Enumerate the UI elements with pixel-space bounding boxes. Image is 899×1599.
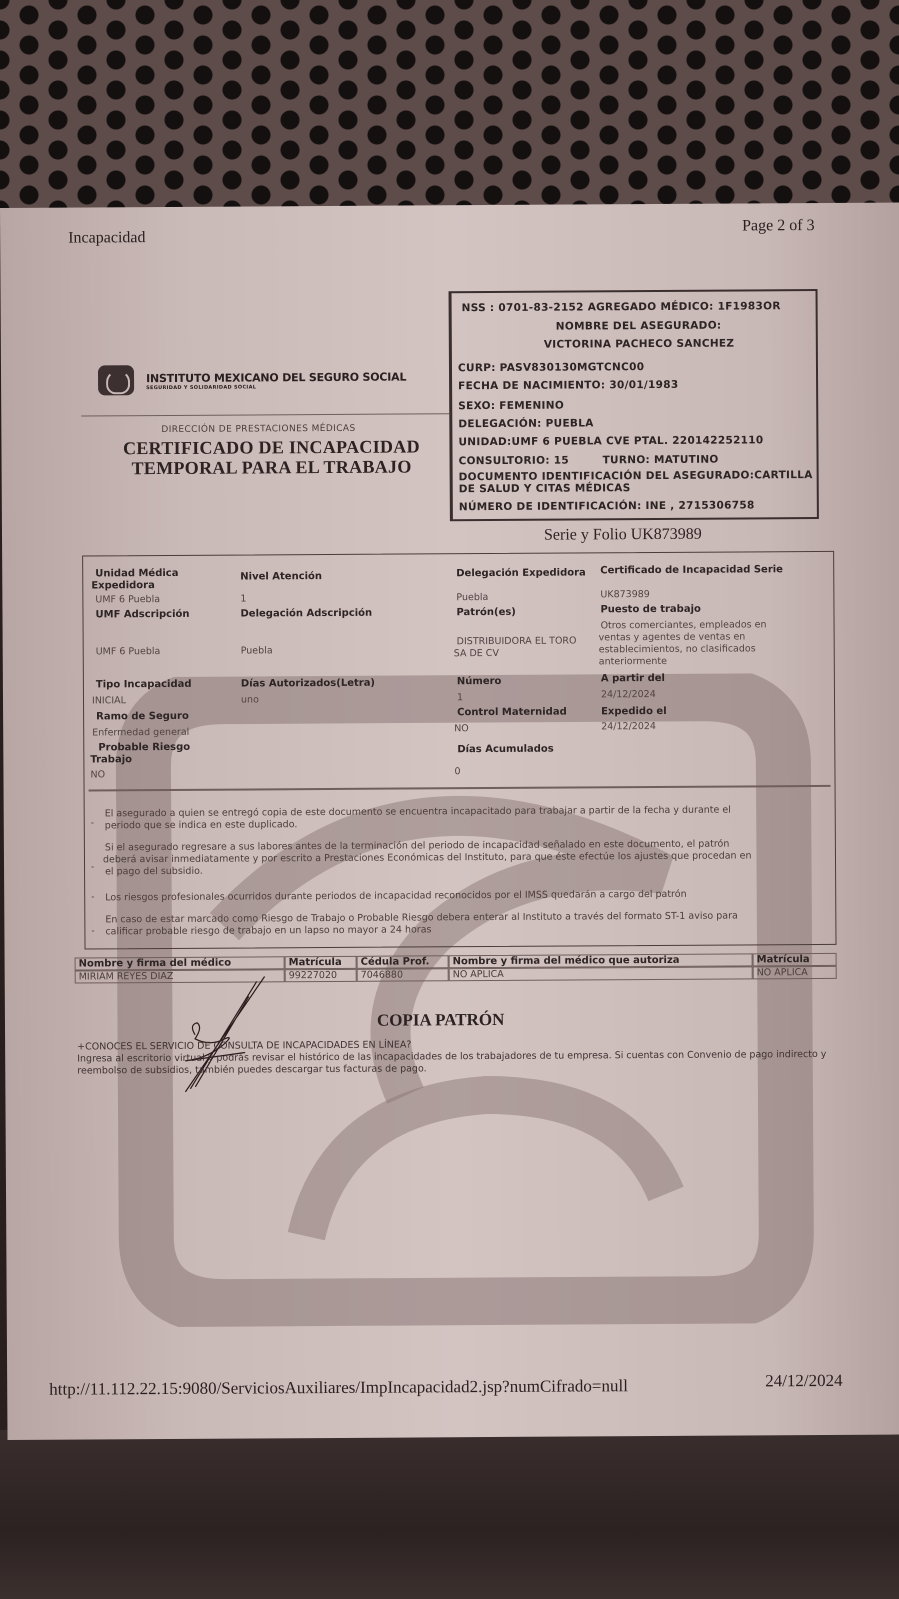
bullet: - [91,862,94,872]
note-4: En caso de estar marcado como Riesgo de … [105,911,738,939]
document-page: Incapacidad Page 2 of 3 NSS : 0701-83-21… [0,203,899,1440]
patient-info-box: NSS : 0701-83-2152 AGREGADO MÉDICO: 1F19… [449,289,819,521]
header-cedula: Cédula Prof. [357,955,449,969]
value-umf-adscripcion: UMF 6 Puebla [96,646,161,657]
label-riesgo-line1: Probable Riesgo [98,742,190,754]
label-delegacion-adscripcion: Delegación Adscripción [240,608,372,620]
insured-name-label: NOMBRE DEL ASEGURADO: [556,320,722,333]
certificate-title-line2: TEMPORAL PARA EL TRABAJO [122,456,422,478]
value-cedula: 7046880 [357,968,449,982]
label-cert-serie: Certificado de Incapacidad Serie [600,564,783,576]
value-puesto-line4: anteriormente [599,656,667,667]
promo-body: Ingresa al escritorio virtual y podrás r… [77,1049,837,1078]
nss-line: NSS : 0701-83-2152 AGREGADO MÉDICO: 1F19… [462,300,781,314]
value-delegacion-expedidora: Puebla [456,592,488,603]
value-puesto-line2: ventas y agentes de ventas en [599,631,746,643]
promo-title: +CONOCES EL SERVICIO DE CONSULTA DE INCA… [77,1040,411,1053]
value-dias-acumulados: 0 [454,766,460,777]
institution-tagline: SEGURIDAD Y SOLIDARIDAD SOCIAL [146,384,256,391]
value-patron-line2: SA DE CV [454,648,499,659]
direction-name: DIRECCIÓN DE PRESTACIONES MÉDICAS [161,424,355,435]
imss-logo [98,365,134,395]
page-number: Page 2 of 3 [742,217,815,235]
value-ramo-seguro: Enfermedad general [92,727,189,739]
value-a-partir: 24/12/2024 [601,689,656,700]
label-control-maternidad: Control Maternidad [457,707,567,719]
value-riesgo: NO [90,769,105,780]
insured-name: VICTORINA PACHECO SANCHEZ [544,338,735,351]
value-expedido: 24/12/2024 [601,721,656,732]
label-dias-acumulados: Días Acumulados [457,744,553,756]
value-patron-line1: DISTRIBUIDORA EL TORO [457,635,577,647]
label-unidad-medica: Unidad Médica [95,568,178,580]
label-tipo-incapacidad: Tipo Incapacidad [96,679,192,691]
dark-surface [0,1430,899,1599]
label-numero: Número [457,676,502,687]
label-riesgo-line2: Trabajo [90,754,132,765]
footer-url: http://11.112.22.15:9080/ServiciosAuxili… [49,1376,628,1400]
id-document-line1: DOCUMENTO IDENTIFICACIÓN DEL ASEGURADO:C… [459,469,813,483]
office: CONSULTORIO: 15 [459,455,570,468]
label-expedidora: Expedidora [91,580,155,591]
certificate-title: CERTIFICADO DE INCAPACIDAD TEMPORAL PARA… [121,436,421,478]
perforated-background [0,0,899,225]
birth-date: FECHA DE NACIMIENTO: 30/01/1983 [458,379,678,392]
header-matricula: Matrícula [285,956,357,969]
footer-date: 24/12/2024 [765,1371,843,1391]
page-header-title: Incapacidad [68,229,145,247]
bullet: - [91,892,94,902]
delegation: DELEGACIÓN: PUEBLA [458,417,593,430]
value-cert-serie: UK873989 [600,589,650,600]
value-tipo-incapacidad: INICIAL [92,695,126,706]
serie-folio: Serie y Folio UK873989 [544,526,702,545]
value-control-maternidad: NO [454,723,469,734]
shift: TURNO: MATUTINO [603,454,719,467]
label-umf-adscripcion: UMF Adscripción [95,609,189,621]
value-unidad-medica: UMF 6 Puebla [95,594,160,605]
id-document-line2: DE SALUD Y CITAS MÉDICAS [459,482,631,495]
label-patron: Patrón(es) [456,607,515,618]
label-nivel-atencion: Nivel Atención [240,571,322,582]
handwritten-signature [165,976,276,1097]
note-2: Si el asegurado regresare a sus labores … [105,838,752,878]
value-delegacion-adscripcion: Puebla [241,645,273,656]
label-expedido: Expedido el [601,706,667,717]
institution-name: INSTITUTO MEXICANO DEL SEGURO SOCIAL [146,371,406,386]
label-a-partir: A partir del [601,673,665,684]
unit: UNIDAD:UMF 6 PUEBLA CVE PTAL. 2201422521… [458,434,763,448]
header-medico: Nombre y firma del médico [75,956,285,970]
value-medico-autoriza: NO APLICA [449,966,753,981]
value-numero: 1 [457,692,463,703]
note-3: Los riesgos profesionales ocurridos dura… [105,889,686,905]
value-matricula-autoriza: NO APLICA [753,966,837,980]
sex: SEXO: FEMENINO [458,400,564,413]
certificate-details-box: Unidad Médica Expedidora UMF 6 Puebla Ni… [82,551,836,950]
value-nivel-atencion: 1 [240,594,246,605]
note-1: El asegurado a quien se entregó copia de… [105,805,731,833]
value-puesto-line3: establecimientos, no clasificados [599,643,756,655]
divider [81,413,449,416]
bullet: - [91,926,94,936]
value-puesto-line1: Otros comerciantes, empleados en [601,619,767,631]
value-dias-letra: uno [241,694,259,705]
label-ramo-seguro: Ramo de Seguro [96,711,189,723]
value-matricula: 99227020 [285,969,357,982]
id-number: NÚMERO DE IDENTIFICACIÓN: INE , 27153067… [459,499,755,513]
bullet: - [91,818,94,828]
certificate-title-line1: CERTIFICADO DE INCAPACIDAD [121,436,421,458]
label-delegacion-expedidora: Delegación Expedidora [456,567,586,579]
label-dias-letra: Días Autorizados(Letra) [241,678,375,690]
section-divider [89,785,831,792]
label-puesto: Puesto de trabajo [600,604,700,616]
header-matricula-autoriza: Matrícula [753,953,837,967]
copy-type: COPIA PATRÓN [377,1010,504,1031]
curp: CURP: PASV830130MGTCNC00 [458,361,644,374]
